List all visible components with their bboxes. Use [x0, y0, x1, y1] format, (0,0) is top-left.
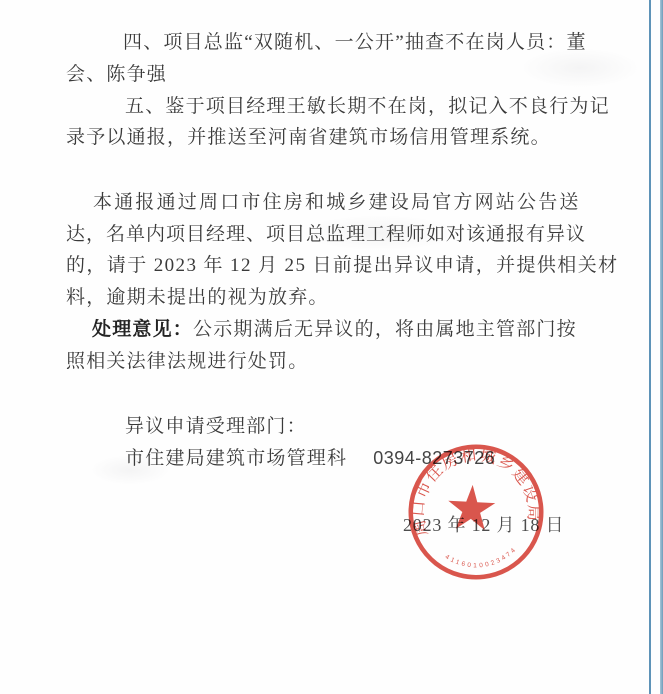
- notice-line-4: 料，逾期未提出的视为放弃。: [66, 282, 329, 309]
- item5-line-1: 五、鉴于项目经理王敏长期不在岗，拟记入不良行为记: [125, 91, 610, 118]
- scan-artifact: [520, 48, 640, 88]
- opinion-text: 公示期满后无异议的，将由属地主管部门按: [193, 319, 577, 340]
- opinion-line-2: 照相关法律法规进行处罚。: [66, 346, 308, 373]
- item5-line-2: 录予以通报，并推送至河南省建筑市场信用管理系统。: [66, 122, 551, 149]
- contact-department: 市住建局建筑市场管理科: [125, 448, 347, 469]
- notice-line-3: 的，请于 2023 年 12 月 25 日前提出异议申请，并提供相关材: [66, 250, 619, 277]
- item4-line-1: 四、项目总监“双随机、一公开”抽查不在岗人员：董: [123, 27, 587, 54]
- star-icon: [447, 484, 496, 531]
- contact-title: 异议申请受理部门：: [125, 411, 307, 438]
- official-seal: 周口市住房和城乡建设局 4116010023474: [382, 418, 569, 605]
- scanner-edge-line: [649, 0, 651, 694]
- notice-line-2: 达，名单内项目经理、项目总监理工程师如对该通报有异议: [66, 219, 586, 246]
- opinion-line-1: 处理意见：公示期满后无异议的，将由属地主管部门按: [92, 314, 577, 341]
- scanned-document-page: 四、项目总监“双随机、一公开”抽查不在岗人员：董 会、陈争强 五、鉴于项目经理王…: [0, 0, 663, 694]
- opinion-label: 处理意见：: [92, 319, 193, 340]
- item4-line-2: 会、陈争强: [66, 59, 167, 86]
- notice-line-1: 本通报通过周口市住房和城乡建设局官方网站公告送: [93, 187, 581, 214]
